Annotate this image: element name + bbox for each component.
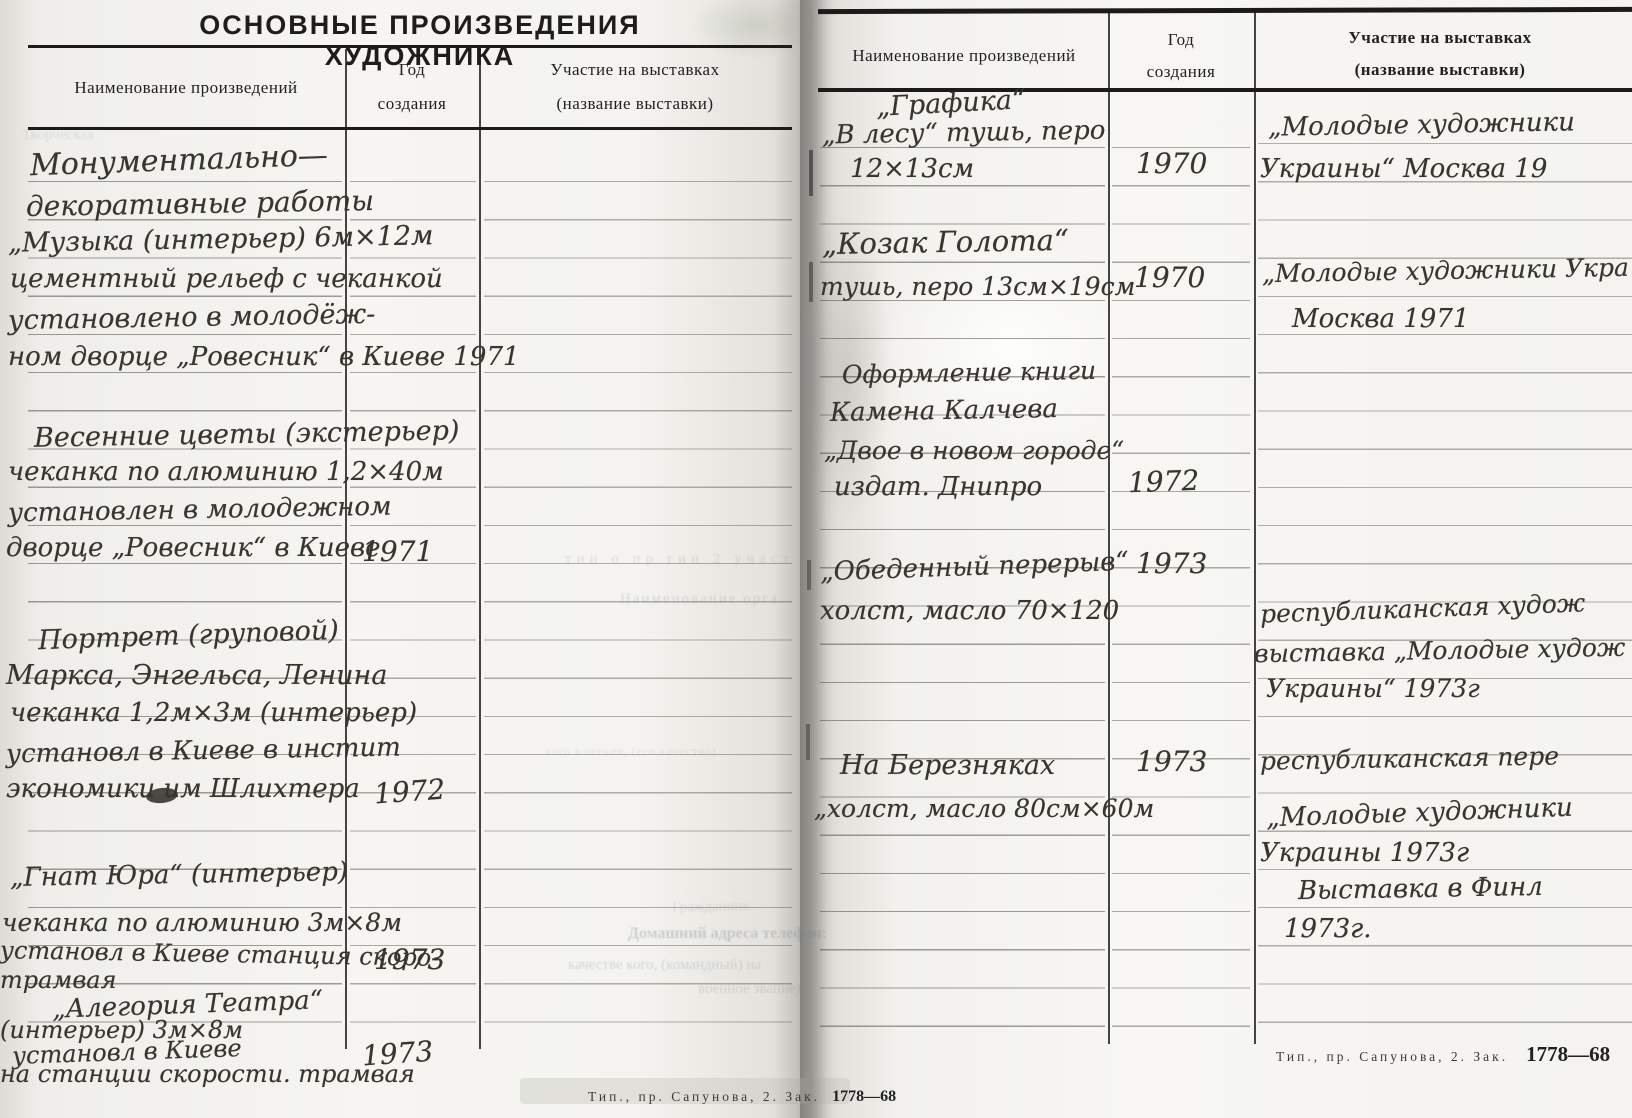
bleed-through-text: тии о пр гии 2 участ [565, 552, 794, 567]
right-footer-order-number: 1778—68 [1526, 1042, 1610, 1066]
left-footer: Тип., пр. Сапунова, 2. Зак. 1778—68 [588, 1088, 896, 1106]
handwriting-line: „Двое в новом городе“ [824, 438, 1124, 463]
bleed-through-text: Наименование орга [620, 592, 779, 607]
handwriting-line: холст, масло 70×120 [820, 598, 1119, 624]
left-header-rule [28, 127, 792, 130]
right-col-year-header-line2: создания [1110, 62, 1252, 82]
exhibition-line: Украины“ Москва 19 [1260, 156, 1547, 182]
year-value: 1971 [362, 538, 433, 566]
right-divider-1 [1108, 12, 1110, 1044]
year-value: 1973 [1136, 550, 1207, 578]
left-col-exhibitions-header-line1: Участие на выставках [484, 60, 786, 80]
bleed-through-text: качестве кого, (командный) на [568, 958, 761, 973]
handwriting-line: на станции скорости. трамвая [0, 1062, 415, 1086]
left-footer-order-number: 1778—68 [832, 1088, 896, 1105]
handwriting-line: установлен в молодежном [8, 494, 392, 527]
exhibition-line: 1973г. [1284, 916, 1372, 942]
handwriting-line: 12×13см [850, 156, 974, 182]
handwriting-line: „Гнат Юра“ (интерьер) [10, 859, 348, 891]
right-footer-imprint: Тип., пр. Сапунова, 2. Зак. [1276, 1049, 1508, 1064]
left-col-year-header-line1: Год [348, 60, 476, 80]
left-col-year-header-line2: создания [348, 94, 476, 114]
right-col-exhibitions-header-line1: Участие на выставках [1258, 28, 1622, 48]
handwriting-line: установлено в молодёж- [8, 301, 376, 334]
year-value: 1972 [1128, 467, 1200, 497]
handwriting-line: тушь, перо 13см×19см [820, 274, 1135, 299]
right-divider-2 [1254, 12, 1256, 1044]
right-col-year-header-line1: Год [1110, 30, 1252, 50]
exhibition-line: Украины“ 1973г [1266, 676, 1480, 701]
handwriting-line: „Козак Голота“ [822, 226, 1069, 259]
exhibition-line: Выставка в Финл [1298, 874, 1543, 904]
handwriting-line: Камена Калчева [830, 396, 1058, 426]
exhibition-line: Москва 1971 [1292, 306, 1469, 332]
handwriting-line: На Березняках [840, 752, 1055, 779]
handwriting-line: трамвая [0, 968, 117, 992]
handwriting-line: чеканка 1,2м×3м (интерьер) [10, 700, 417, 726]
bleed-through-text: военное звание) [698, 982, 801, 997]
exhibition-line: „Молодые художники Укра [1262, 255, 1629, 286]
scanned-document: ОСНОВНЫЕ ПРОИЗВЕДЕНИЯ ХУДОЖНИКА Наименов… [0, 0, 1632, 1118]
handwriting-line: установл в Киеве в инстит [6, 735, 401, 768]
year-value: 1970 [1134, 264, 1205, 292]
left-col-exhibitions-header-line2: (название выставки) [484, 94, 786, 114]
handwriting-line: экономики им Шлихтера [6, 776, 360, 802]
handwriting-line: цементный рельеф с чеканкой [10, 266, 443, 292]
exhibition-line: „Молодые художники [1268, 109, 1575, 140]
handwriting-line: „В лесу“ тушь, перо [822, 118, 1106, 149]
left-col-name-header: Наименование произведений [40, 78, 332, 98]
left-footer-imprint: Тип., пр. Сапунова, 2. Зак. [588, 1089, 820, 1104]
handwriting-line: декоративные работы [26, 187, 374, 221]
handwriting-line: ном дворце „Ровесник“ в Киеве 1971 [8, 344, 520, 370]
handwriting-line: дворце „Ровесник“ в Киеве [6, 535, 381, 561]
handwriting-line: издат. Днипро [834, 474, 1042, 500]
handwriting-line: Оформление книги [842, 358, 1097, 387]
handwriting-line: „Музыка (интерьер) 6м×12м [8, 222, 434, 256]
handwriting-line: чеканка по алюминию 1,2×40м [8, 459, 444, 485]
exhibition-line: выставка „Молодые худож [1254, 635, 1626, 666]
bleed-through-text: Домашний адреса телефон: [628, 926, 827, 942]
year-value: 1973 [374, 946, 445, 974]
handwriting-line: „Графика“ [875, 86, 1026, 121]
handwriting-line: Весенние цветы (экстерьер) [34, 417, 460, 451]
year-value: 1970 [1136, 150, 1207, 178]
handwriting-line: Маркса, Энгельса, Ленина [6, 662, 387, 689]
bleed-through-text: Творческая [22, 128, 94, 143]
right-col-exhibitions-header-line2: (название выставки) [1258, 60, 1622, 80]
exhibition-line: Украины 1973г [1260, 840, 1469, 866]
right-col-name-header: Наименование произведений [830, 46, 1098, 66]
year-value: 1973 [1136, 748, 1207, 776]
exhibition-line: республиканская пере [1260, 743, 1559, 773]
handwriting-line: „холст, масло 80см×60м [814, 796, 1154, 821]
right-footer: Тип., пр. Сапунова, 2. Зак. 1778—68 [1276, 1042, 1610, 1067]
left-title-rule [28, 45, 792, 48]
bleed-through-text: кого влияния, (его качество) [545, 745, 717, 757]
left-divider-2 [479, 49, 481, 1049]
handwriting-line: чеканка по алюминию 3м×8м [2, 910, 402, 935]
bleed-through-text: Гражданине [672, 899, 750, 915]
year-value: 1972 [373, 776, 446, 809]
